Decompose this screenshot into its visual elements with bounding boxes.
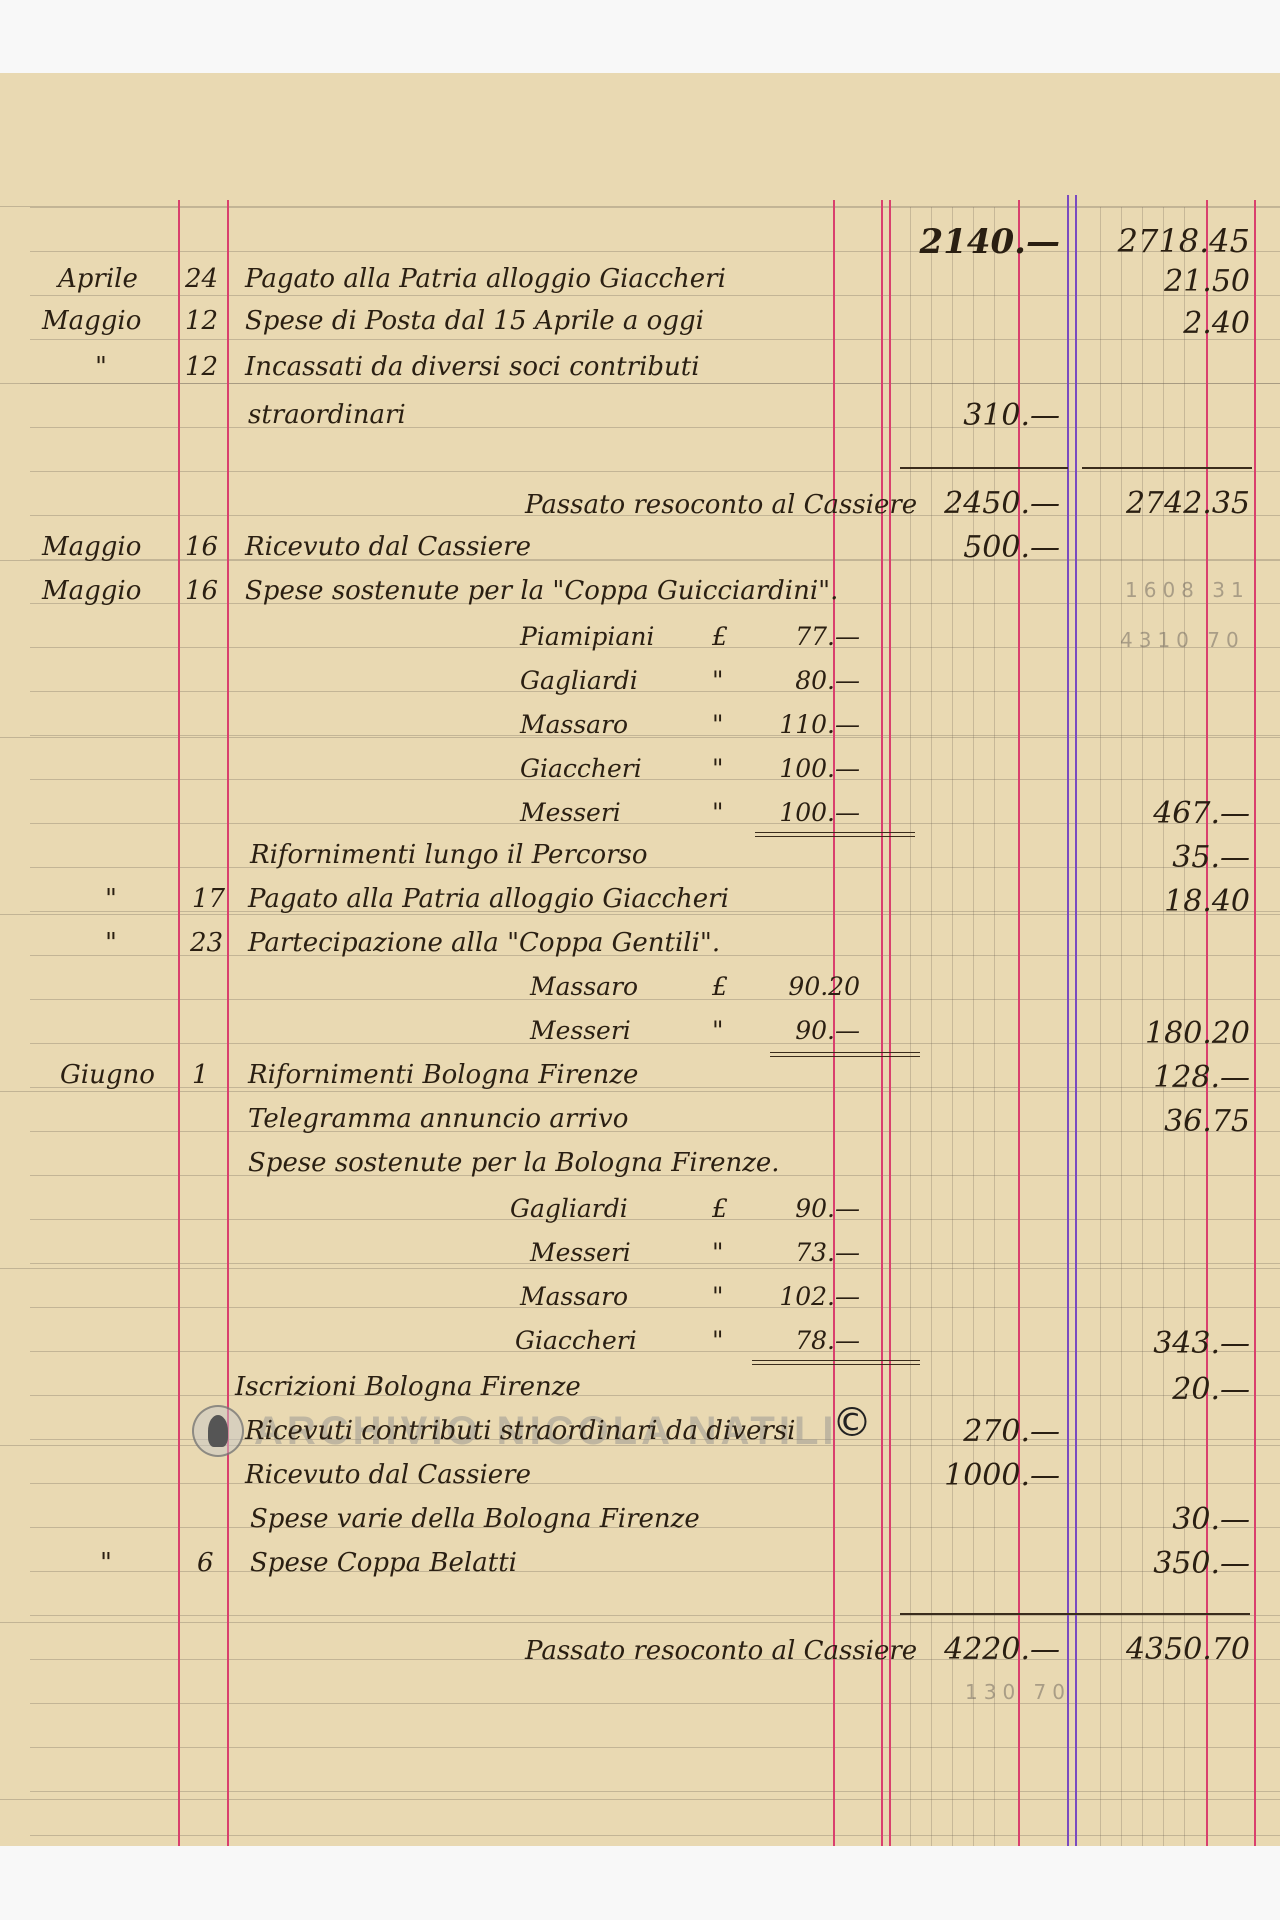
entry-description: Telegramma annuncio arrivo: [248, 1104, 628, 1134]
participant-amount: 100.—: [740, 798, 860, 827]
ruled-line: [30, 1307, 1280, 1308]
entry-uscite: 343.—: [1100, 1326, 1250, 1361]
participant-amount: 90.—: [740, 1016, 860, 1045]
entry-description-cont: straordinari: [248, 400, 406, 430]
ruled-line: [30, 779, 1280, 780]
ruled-line: [30, 339, 1280, 340]
ruled-line: [30, 1747, 1280, 1748]
entry-month: Maggio: [42, 532, 141, 562]
ruled-line: [30, 1087, 1280, 1088]
entry-description: Iscrizioni Bologna Firenze: [235, 1372, 581, 1402]
entry-description: Spese Coppa Belatti: [250, 1548, 517, 1578]
entry-day: 16: [185, 532, 218, 562]
copyright-icon: ©: [832, 1400, 872, 1446]
entry-uscite: 467.—: [1100, 796, 1250, 831]
participant-name: Gagliardi: [520, 666, 638, 695]
entry-description: Spese sostenute per la Bologna Firenze.: [248, 1148, 780, 1178]
ruled-line: [30, 1043, 1280, 1044]
participant-amount: 77.—: [740, 622, 860, 651]
ruled-line: [30, 1791, 1280, 1792]
participant-name: Piamipiani: [520, 622, 654, 651]
participant-name: Messeri: [520, 798, 621, 827]
entry-uscite: 350.—: [1100, 1546, 1250, 1581]
date-column-rule: [178, 200, 180, 1846]
participant-amount: 100.—: [740, 754, 860, 783]
pencil-note: 130 70: [965, 1680, 1071, 1704]
ruled-line: [30, 1571, 1280, 1572]
participant-name: Gagliardi: [510, 1194, 628, 1223]
participant-name: Massaro: [520, 710, 628, 739]
ruled-line: [30, 823, 1280, 824]
sum-rule: [752, 1360, 920, 1361]
entry-description: Spese sostenute per la "Coppa Guicciardi…: [245, 576, 838, 606]
entry-month: ": [105, 884, 117, 914]
ruled-line: [30, 735, 1280, 736]
ruled-line: [30, 691, 1280, 692]
ruled-line: [30, 1263, 1280, 1264]
ruled-line: [30, 427, 1280, 428]
entry-entrate: 500.—: [900, 530, 1060, 565]
total-rule: [900, 1613, 1250, 1615]
entry-uscite: 20.—: [1100, 1372, 1250, 1407]
day-column-rule: [227, 200, 229, 1846]
entry-day: 16: [185, 576, 218, 606]
total-label: Passato resoconto al Cassiere: [525, 1636, 917, 1666]
entry-day: 6: [197, 1548, 214, 1578]
ditto-mark: ": [712, 1016, 724, 1045]
entry-month: ": [105, 928, 117, 958]
archive-logo-icon: [192, 1405, 244, 1457]
entry-month: Maggio: [42, 576, 141, 606]
ditto-mark: ": [712, 1282, 724, 1311]
entry-uscite: 128.—: [1100, 1060, 1250, 1095]
currency-mark: £: [712, 622, 728, 651]
sum-rule: [752, 1364, 920, 1365]
entry-description: Ricevuto dal Cassiere: [245, 1460, 531, 1490]
total-entrate: 4220.—: [900, 1632, 1060, 1667]
entry-description: Pagato alla Patria alloggio Giaccheri: [248, 884, 729, 914]
ruled-line: [30, 1835, 1280, 1836]
subamount-column-rule-a: [881, 200, 883, 1846]
ruled-line: [30, 1395, 1280, 1396]
subtotal-label: Passato resoconto al Cassiere: [525, 490, 917, 520]
entry-day: 24: [185, 264, 218, 294]
column-divider-purple-b: [1075, 195, 1077, 1846]
entry-description: Rifornimenti lungo il Percorso: [250, 840, 648, 870]
participant-amount: 90.20: [740, 972, 860, 1001]
ruled-line: [30, 1351, 1280, 1352]
ditto-mark: ": [712, 1238, 724, 1267]
entrate-cents-rule: [1018, 200, 1020, 1846]
entry-description: Pagato alla Patria alloggio Giaccheri: [245, 264, 726, 294]
ruled-line: [30, 1703, 1280, 1704]
participant-amount: 110.—: [740, 710, 860, 739]
entry-day: 1: [192, 1060, 209, 1090]
currency-mark: £: [712, 972, 728, 1001]
subtotal-rule: [900, 467, 1068, 469]
subtotal-uscite: 2742.35: [1090, 486, 1250, 521]
ruled-line: [30, 1615, 1280, 1616]
page-right-rule: [1254, 200, 1256, 1846]
participant-amount: 102.—: [740, 1282, 860, 1311]
entry-month: ": [95, 352, 107, 382]
entry-uscite: 2.40: [1100, 306, 1250, 341]
subtotal-rule: [1082, 467, 1252, 469]
ruled-line: [30, 207, 1280, 208]
entry-description: Spese varie della Bologna Firenze: [250, 1504, 700, 1534]
subamount-column-rule-b: [889, 200, 891, 1846]
ruled-line: [30, 1219, 1280, 1220]
pencil-note: 4310 70: [1120, 628, 1245, 652]
participant-name: Messeri: [530, 1238, 631, 1267]
ruled-line: [30, 999, 1280, 1000]
entry-month: Maggio: [42, 306, 141, 336]
entry-day: 23: [190, 928, 223, 958]
ditto-mark: ": [712, 710, 724, 739]
ditto-mark: ": [712, 754, 724, 783]
entry-description: Ricevuti contributi straordinari da dive…: [245, 1416, 795, 1446]
entry-day: 12: [185, 352, 218, 382]
entry-uscite: 18.40: [1100, 884, 1250, 919]
participant-amount: 90.—: [740, 1194, 860, 1223]
pencil-note: 1608 31: [1125, 578, 1250, 602]
entry-month: ": [100, 1548, 112, 1578]
subtotal-entrate: 2450.—: [900, 486, 1060, 521]
participant-name: Massaro: [520, 1282, 628, 1311]
entry-uscite: 21.50: [1100, 264, 1250, 299]
sum-rule: [755, 832, 915, 833]
entry-description: Partecipazione alla "Coppa Gentili".: [248, 928, 720, 958]
ruled-line: [30, 383, 1280, 384]
participant-amount: 78.—: [740, 1326, 860, 1355]
entry-entrate: 270.—: [900, 1414, 1060, 1449]
ditto-mark: ": [712, 666, 724, 695]
participant-name: Messeri: [530, 1016, 631, 1045]
sum-rule: [770, 1052, 920, 1053]
participant-name: Giaccheri: [520, 754, 642, 783]
entry-entrate: 1000.—: [900, 1458, 1060, 1493]
ruled-line: [30, 1131, 1280, 1132]
entry-uscite: 30.—: [1100, 1502, 1250, 1537]
participant-amount: 73.—: [740, 1238, 860, 1267]
ruled-line: [30, 295, 1280, 296]
entry-uscite: 35.—: [1100, 840, 1250, 875]
ditto-mark: ": [712, 798, 724, 827]
currency-mark: £: [712, 1194, 728, 1223]
ruled-line: [30, 471, 1280, 472]
participant-amount: 80.—: [740, 666, 860, 695]
entry-description: Incassati da diversi soci contributi: [245, 352, 700, 382]
entry-description: Ricevuto dal Cassiere: [245, 532, 531, 562]
entry-day: 12: [185, 306, 218, 336]
entry-entrate: 310.—: [900, 398, 1060, 433]
carried-uscite: 2718.45: [1090, 222, 1250, 260]
entry-day: 17: [192, 884, 225, 914]
sum-rule: [770, 1056, 920, 1057]
entry-description: Spese di Posta dal 15 Aprile a oggi: [245, 306, 704, 336]
carried-entrate: 2140.—: [900, 222, 1060, 262]
sum-rule: [755, 836, 915, 837]
entry-uscite: 36.75: [1100, 1104, 1250, 1139]
ruled-line: [30, 867, 1280, 868]
participant-name: Giaccheri: [515, 1326, 637, 1355]
column-divider-purple-a: [1067, 195, 1069, 1846]
entry-uscite: 180.20: [1100, 1016, 1250, 1051]
entry-description: Rifornimenti Bologna Firenze: [248, 1060, 638, 1090]
participant-name: Massaro: [530, 972, 638, 1001]
ruled-line: [30, 647, 1280, 648]
total-uscite: 4350.70: [1090, 1632, 1250, 1667]
entry-month: Aprile: [58, 264, 138, 294]
entry-month: Giugno: [60, 1060, 155, 1090]
ditto-mark: ": [712, 1326, 724, 1355]
ruled-line: [30, 1483, 1280, 1484]
